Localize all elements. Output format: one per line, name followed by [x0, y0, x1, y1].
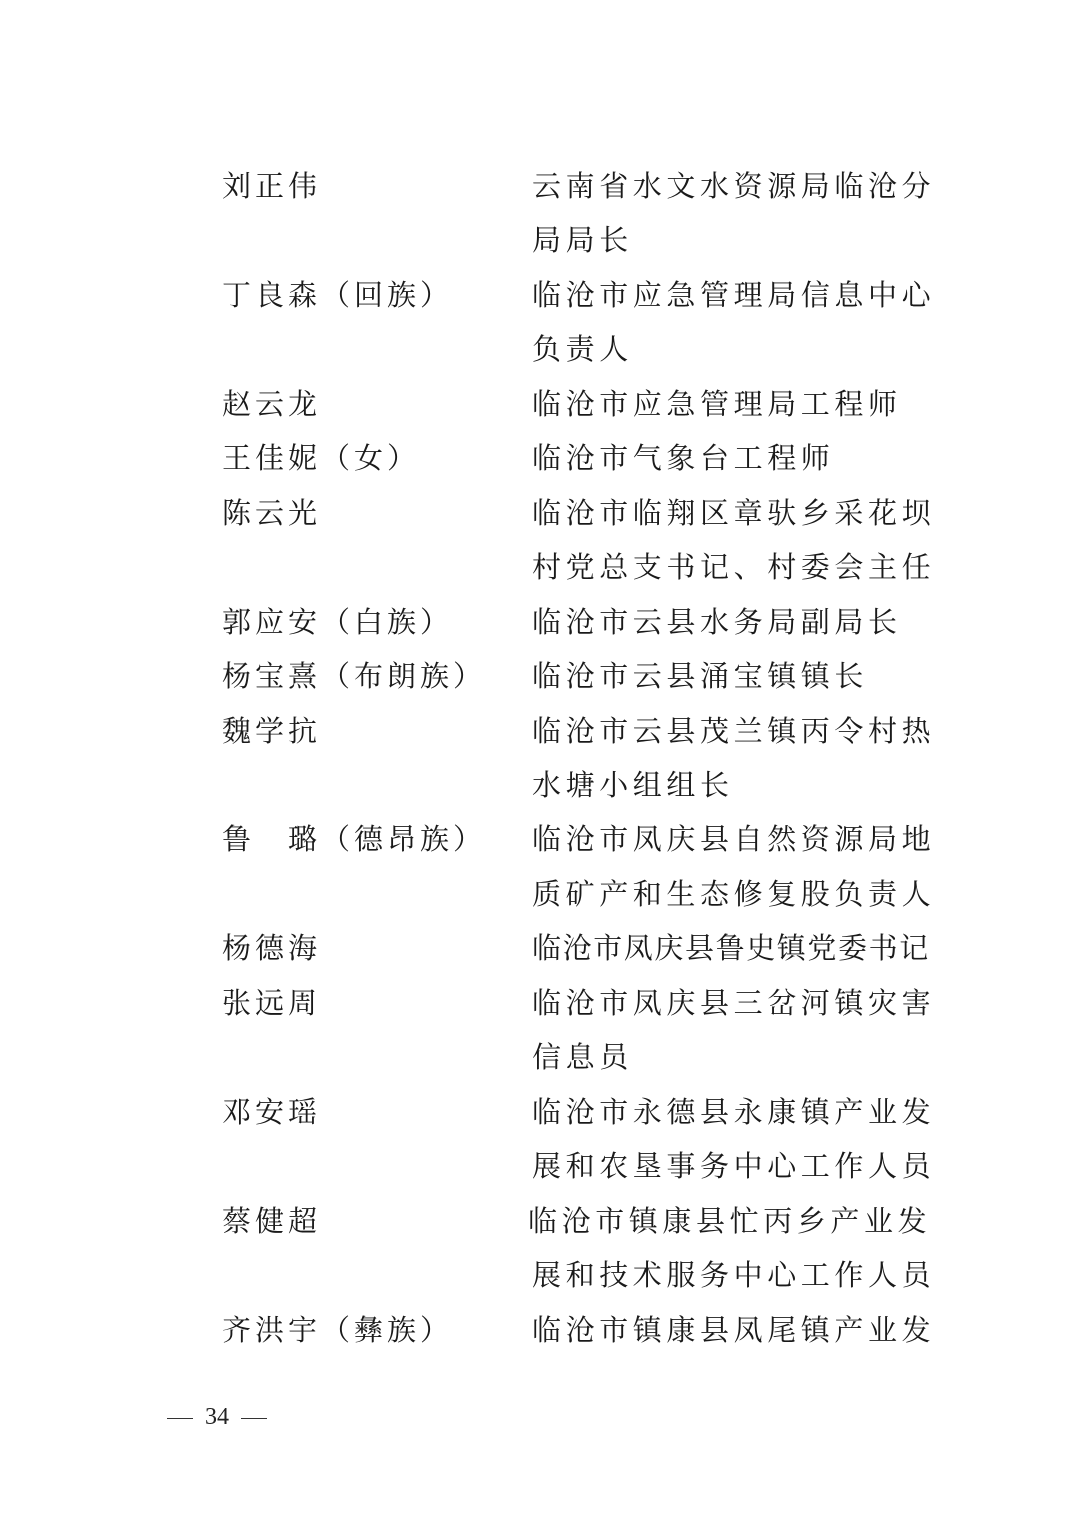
page-number: 34 — [205, 1404, 229, 1430]
position-line: 临沧市凤庆县鲁史镇党委书记 — [532, 921, 932, 975]
position-line: 临沧市云县涌宝镇镇长 — [532, 649, 932, 703]
person-position: 临沧市镇康县忙丙乡产业发 展和技术服务中心工作人员 — [532, 1194, 932, 1303]
person-position: 云南省水文水资源局临沧分 局局长 — [532, 159, 932, 268]
person-name: 杨德海 — [222, 921, 532, 975]
person-name: 魏学抗 — [222, 704, 532, 813]
position-line: 展和技术服务中心工作人员 — [532, 1248, 932, 1302]
list-item: 王佳妮（女） 临沧市气象台工程师 — [222, 431, 942, 485]
position-line: 临沧市镇康县凤尾镇产业发 — [532, 1303, 932, 1357]
position-line: 云南省水文水资源局临沧分 — [532, 159, 932, 213]
position-line: 临沧市云县茂兰镇丙令村热 — [532, 704, 932, 758]
person-name: 刘正伟 — [222, 159, 532, 268]
position-line: 村党总支书记、村委会主任 — [532, 540, 932, 594]
list-item: 蔡健超 临沧市镇康县忙丙乡产业发 展和技术服务中心工作人员 — [222, 1194, 942, 1303]
person-name: 陈云光 — [222, 486, 532, 595]
dash-left — [167, 1418, 193, 1420]
list-item: 刘正伟 云南省水文水资源局临沧分 局局长 — [222, 159, 942, 268]
position-line: 临沧市临翔区章驮乡采花坝 — [532, 486, 932, 540]
list-item: 丁良森（回族） 临沧市应急管理局信息中心 负责人 — [222, 268, 942, 377]
list-item: 齐洪宇（彝族） 临沧市镇康县凤尾镇产业发 — [222, 1303, 942, 1357]
person-position: 临沧市凤庆县自然资源局地 质矿产和生态修复股负责人 — [532, 812, 932, 921]
person-name: 丁良森（回族） — [222, 268, 532, 377]
person-name: 齐洪宇（彝族） — [222, 1303, 532, 1357]
person-position: 临沧市镇康县凤尾镇产业发 — [532, 1303, 932, 1357]
person-name: 邓安瑶 — [222, 1085, 532, 1194]
list-item: 郭应安（白族） 临沧市云县水务局副局长 — [222, 595, 942, 649]
page-footer: 34 — [155, 1400, 279, 1434]
position-line: 水塘小组组长 — [532, 758, 932, 812]
person-name: 张远周 — [222, 976, 532, 1085]
list-item: 杨宝熹（布朗族） 临沧市云县涌宝镇镇长 — [222, 649, 942, 703]
position-line: 展和农垦事务中心工作人员 — [532, 1139, 932, 1193]
person-position: 临沧市云县茂兰镇丙令村热 水塘小组组长 — [532, 704, 932, 813]
position-line: 信息员 — [532, 1030, 932, 1084]
position-line: 临沧市镇康县忙丙乡产业发 — [528, 1194, 932, 1248]
person-position: 临沧市云县涌宝镇镇长 — [532, 649, 932, 703]
document-page: 刘正伟 云南省水文水资源局临沧分 局局长 丁良森（回族） 临沧市应急管理局信息中… — [0, 0, 1080, 1527]
person-name: 蔡健超 — [222, 1194, 532, 1303]
person-position: 临沧市云县水务局副局长 — [532, 595, 932, 649]
position-line: 临沧市凤庆县自然资源局地 — [532, 812, 932, 866]
position-line: 负责人 — [532, 322, 932, 376]
person-position: 临沧市临翔区章驮乡采花坝 村党总支书记、村委会主任 — [532, 486, 932, 595]
personnel-list: 刘正伟 云南省水文水资源局临沧分 局局长 丁良森（回族） 临沧市应急管理局信息中… — [222, 159, 942, 1357]
position-line: 临沧市应急管理局工程师 — [532, 377, 932, 431]
list-item: 邓安瑶 临沧市永德县永康镇产业发 展和农垦事务中心工作人员 — [222, 1085, 942, 1194]
list-item: 赵云龙 临沧市应急管理局工程师 — [222, 377, 942, 431]
position-line: 临沧市凤庆县三岔河镇灾害 — [532, 976, 932, 1030]
position-line: 质矿产和生态修复股负责人 — [532, 867, 932, 921]
list-item: 张远周 临沧市凤庆县三岔河镇灾害 信息员 — [222, 976, 942, 1085]
person-name: 郭应安（白族） — [222, 595, 532, 649]
person-name: 鲁 璐（德昂族） — [222, 812, 532, 921]
person-position: 临沧市气象台工程师 — [532, 431, 932, 485]
list-item: 魏学抗 临沧市云县茂兰镇丙令村热 水塘小组组长 — [222, 704, 942, 813]
position-line: 临沧市气象台工程师 — [532, 431, 932, 485]
person-position: 临沧市凤庆县三岔河镇灾害 信息员 — [532, 976, 932, 1085]
person-name: 杨宝熹（布朗族） — [222, 649, 532, 703]
person-position: 临沧市永德县永康镇产业发 展和农垦事务中心工作人员 — [532, 1085, 932, 1194]
position-line: 临沧市应急管理局信息中心 — [532, 268, 932, 322]
position-line: 局局长 — [532, 213, 932, 267]
dash-right — [241, 1418, 267, 1420]
person-position: 临沧市应急管理局工程师 — [532, 377, 932, 431]
person-position: 临沧市凤庆县鲁史镇党委书记 — [532, 921, 932, 975]
person-name: 赵云龙 — [222, 377, 532, 431]
list-item: 陈云光 临沧市临翔区章驮乡采花坝 村党总支书记、村委会主任 — [222, 486, 942, 595]
person-position: 临沧市应急管理局信息中心 负责人 — [532, 268, 932, 377]
position-line: 临沧市云县水务局副局长 — [532, 595, 932, 649]
person-name: 王佳妮（女） — [222, 431, 532, 485]
list-item: 鲁 璐（德昂族） 临沧市凤庆县自然资源局地 质矿产和生态修复股负责人 — [222, 812, 942, 921]
list-item: 杨德海 临沧市凤庆县鲁史镇党委书记 — [222, 921, 942, 975]
position-line: 临沧市永德县永康镇产业发 — [532, 1085, 932, 1139]
